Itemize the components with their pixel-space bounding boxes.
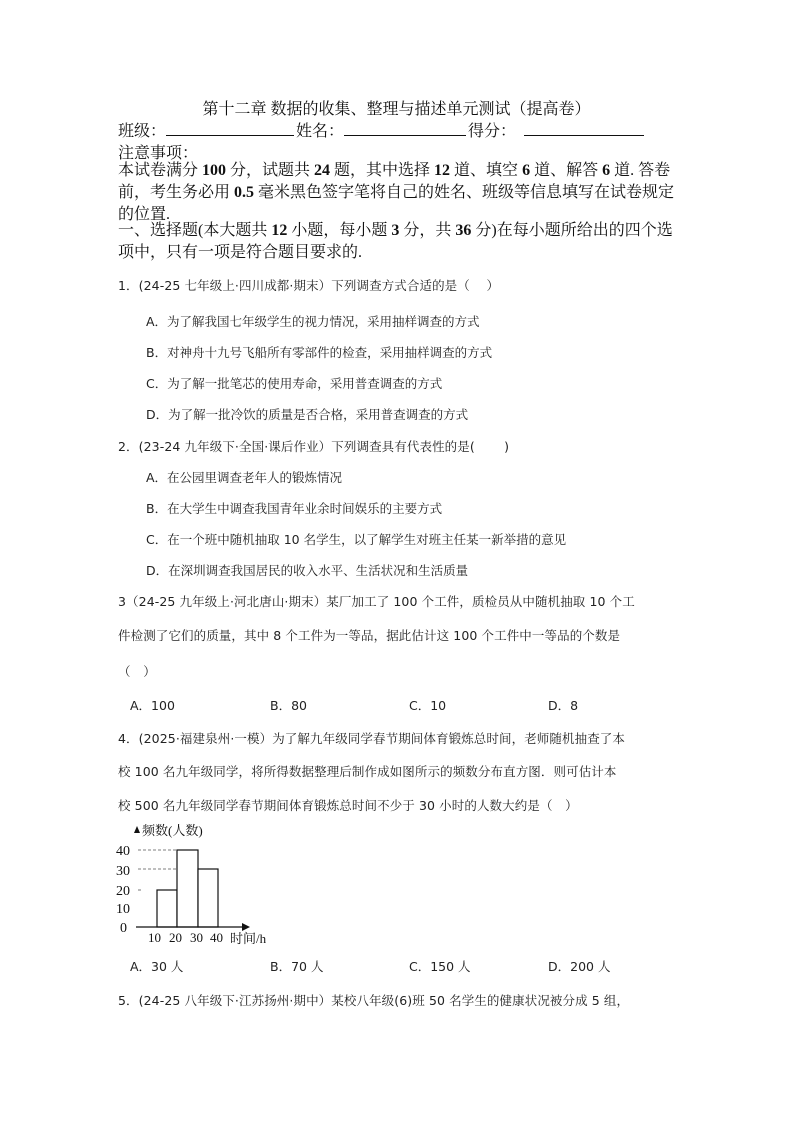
question-1-option-c[interactable]: C．为了解一批笔芯的使用寿命，采用普查调查的方式 (146, 374, 442, 392)
notes-text: 道、解答 (530, 162, 602, 179)
name-label: 姓名： (296, 118, 344, 141)
question-1-option-a[interactable]: A．为了解我国七年级学生的视力情况，采用抽样调查的方式 (146, 312, 480, 330)
x-tick-10: 10 (148, 930, 161, 945)
question-4-option-c[interactable]: C．150 人 (409, 957, 548, 975)
notes-text: 本试卷满分 (118, 162, 202, 179)
notes-number: 6 (522, 162, 530, 179)
x-axis-label: 时间/h (230, 931, 267, 946)
score-field[interactable] (524, 121, 644, 136)
question-3-option-c[interactable]: C．10 (409, 696, 548, 714)
section-instructions: 一、选择题(本大题共 12 小题，每小题 3 分，共 36 分)在每小题所给出的… (118, 220, 688, 264)
question-4-option-a[interactable]: A．30 人 (130, 957, 270, 975)
y-tick-20: 20 (116, 884, 130, 899)
question-2-stem: 2．(23-24 九年级下·全国·课后作业）下列调查具有代表性的是( ) (118, 437, 509, 455)
question-2-option-b[interactable]: B．在大学生中调查我国青年业余时间娱乐的主要方式 (146, 499, 442, 517)
x-axis-arrow-icon (242, 923, 250, 931)
page-title: 第十二章 数据的收集、整理与描述单元测试（提高卷） (0, 96, 793, 119)
notes-paragraph: 本试卷满分 100 分，试题共 24 题，其中选择 12 道、填空 6 道、解答… (118, 160, 688, 226)
question-2-option-c[interactable]: C．在一个班中随机抽取 10 名学生，以了解学生对班主任某一新举措的意见 (146, 530, 566, 548)
x-tick-40: 40 (210, 930, 223, 945)
frequency-histogram: 频数(人数) 40 30 20 10 0 10 20 30 40 时间/h (110, 820, 290, 950)
student-info-fields: 班级： 姓名： 得分： (118, 118, 644, 141)
notes-text: 题，其中选择 (330, 162, 434, 179)
section-text: 分，共 (399, 222, 455, 239)
notes-number: 12 (434, 162, 450, 179)
question-3-stem-line-2: 件检测了它们的质量，其中 8 个工件为一等品，据此估计这 100 个工件中一等品… (118, 626, 620, 644)
bar-30-40 (198, 869, 218, 927)
notes-number: 0.5 (234, 184, 254, 201)
question-5-stem: 5．(24-25 八年级下·江苏扬州·期中）某校八年级(6)班 50 名学生的健… (118, 991, 629, 1009)
y-tick-0: 0 (120, 921, 127, 936)
notes-number: 100 (202, 162, 226, 179)
question-3-options: A．100 B．80 C．10 D．8 (130, 696, 578, 714)
question-3-option-a[interactable]: A．100 (130, 696, 270, 714)
y-axis-arrow-icon (134, 826, 140, 833)
notes-number: 24 (314, 162, 330, 179)
class-field[interactable] (166, 121, 294, 136)
score-label: 得分： (468, 118, 516, 141)
question-1-option-d[interactable]: D．为了解一批冷饮的质量是否合格，采用普查调查的方式 (146, 405, 468, 423)
question-4-stem-line-3: 校 500 名九年级同学春节期间体育锻炼总时间不少于 30 小时的人数大约是（ … (118, 796, 578, 814)
section-number: 12 (271, 222, 287, 239)
question-4-options: A．30 人 B．70 人 C．150 人 D．200 人 (130, 957, 610, 975)
x-tick-20: 20 (169, 930, 182, 945)
notes-text: 分，试题共 (226, 162, 314, 179)
section-number: 36 (455, 222, 471, 239)
question-4-option-d[interactable]: D．200 人 (548, 957, 610, 975)
y-tick-10: 10 (116, 902, 130, 917)
question-4-stem-line-2: 校 100 名九年级同学，将所得数据整理后制作成如图所示的频数分布直方图．则可估… (118, 762, 617, 780)
x-tick-30: 30 (190, 930, 203, 945)
name-field[interactable] (344, 121, 466, 136)
y-tick-30: 30 (116, 864, 130, 879)
section-text: 小题，每小题 (287, 222, 391, 239)
question-1-option-b[interactable]: B．对神舟十九号飞船所有零部件的检查，采用抽样调查的方式 (146, 343, 492, 361)
question-4-stem-line-1: 4．(2025·福建泉州·一模）为了解九年级同学春节期间体育锻炼总时间，老师随机… (118, 729, 625, 747)
question-2-option-a[interactable]: A．在公园里调查老年人的锻炼情况 (146, 468, 342, 486)
y-tick-40: 40 (116, 844, 130, 859)
question-4-option-b[interactable]: B．70 人 (270, 957, 409, 975)
class-label: 班级： (118, 118, 166, 141)
bar-10-20 (157, 890, 177, 927)
question-1-stem: 1．(24-25 七年级上·四川成都·期末）下列调查方式合适的是（ ） (118, 276, 499, 294)
notes-text: 道、填空 (450, 162, 522, 179)
question-3-stem-line-1: 3（24-25 九年级上·河北唐山·期末）某厂加工了 100 个工件，质检员从中… (118, 592, 635, 610)
notes-number: 6 (602, 162, 610, 179)
y-axis-label: 频数(人数) (142, 823, 203, 838)
question-2-option-d[interactable]: D．在深圳调查我国居民的收入水平、生活状况和生活质量 (146, 561, 468, 579)
question-3-option-d[interactable]: D．8 (548, 696, 578, 714)
bar-20-30 (177, 850, 198, 927)
question-3-answer-blank: （ ） (118, 662, 156, 680)
question-3-option-b[interactable]: B．80 (270, 696, 409, 714)
section-text: 一、选择题(本大题共 (118, 222, 271, 239)
